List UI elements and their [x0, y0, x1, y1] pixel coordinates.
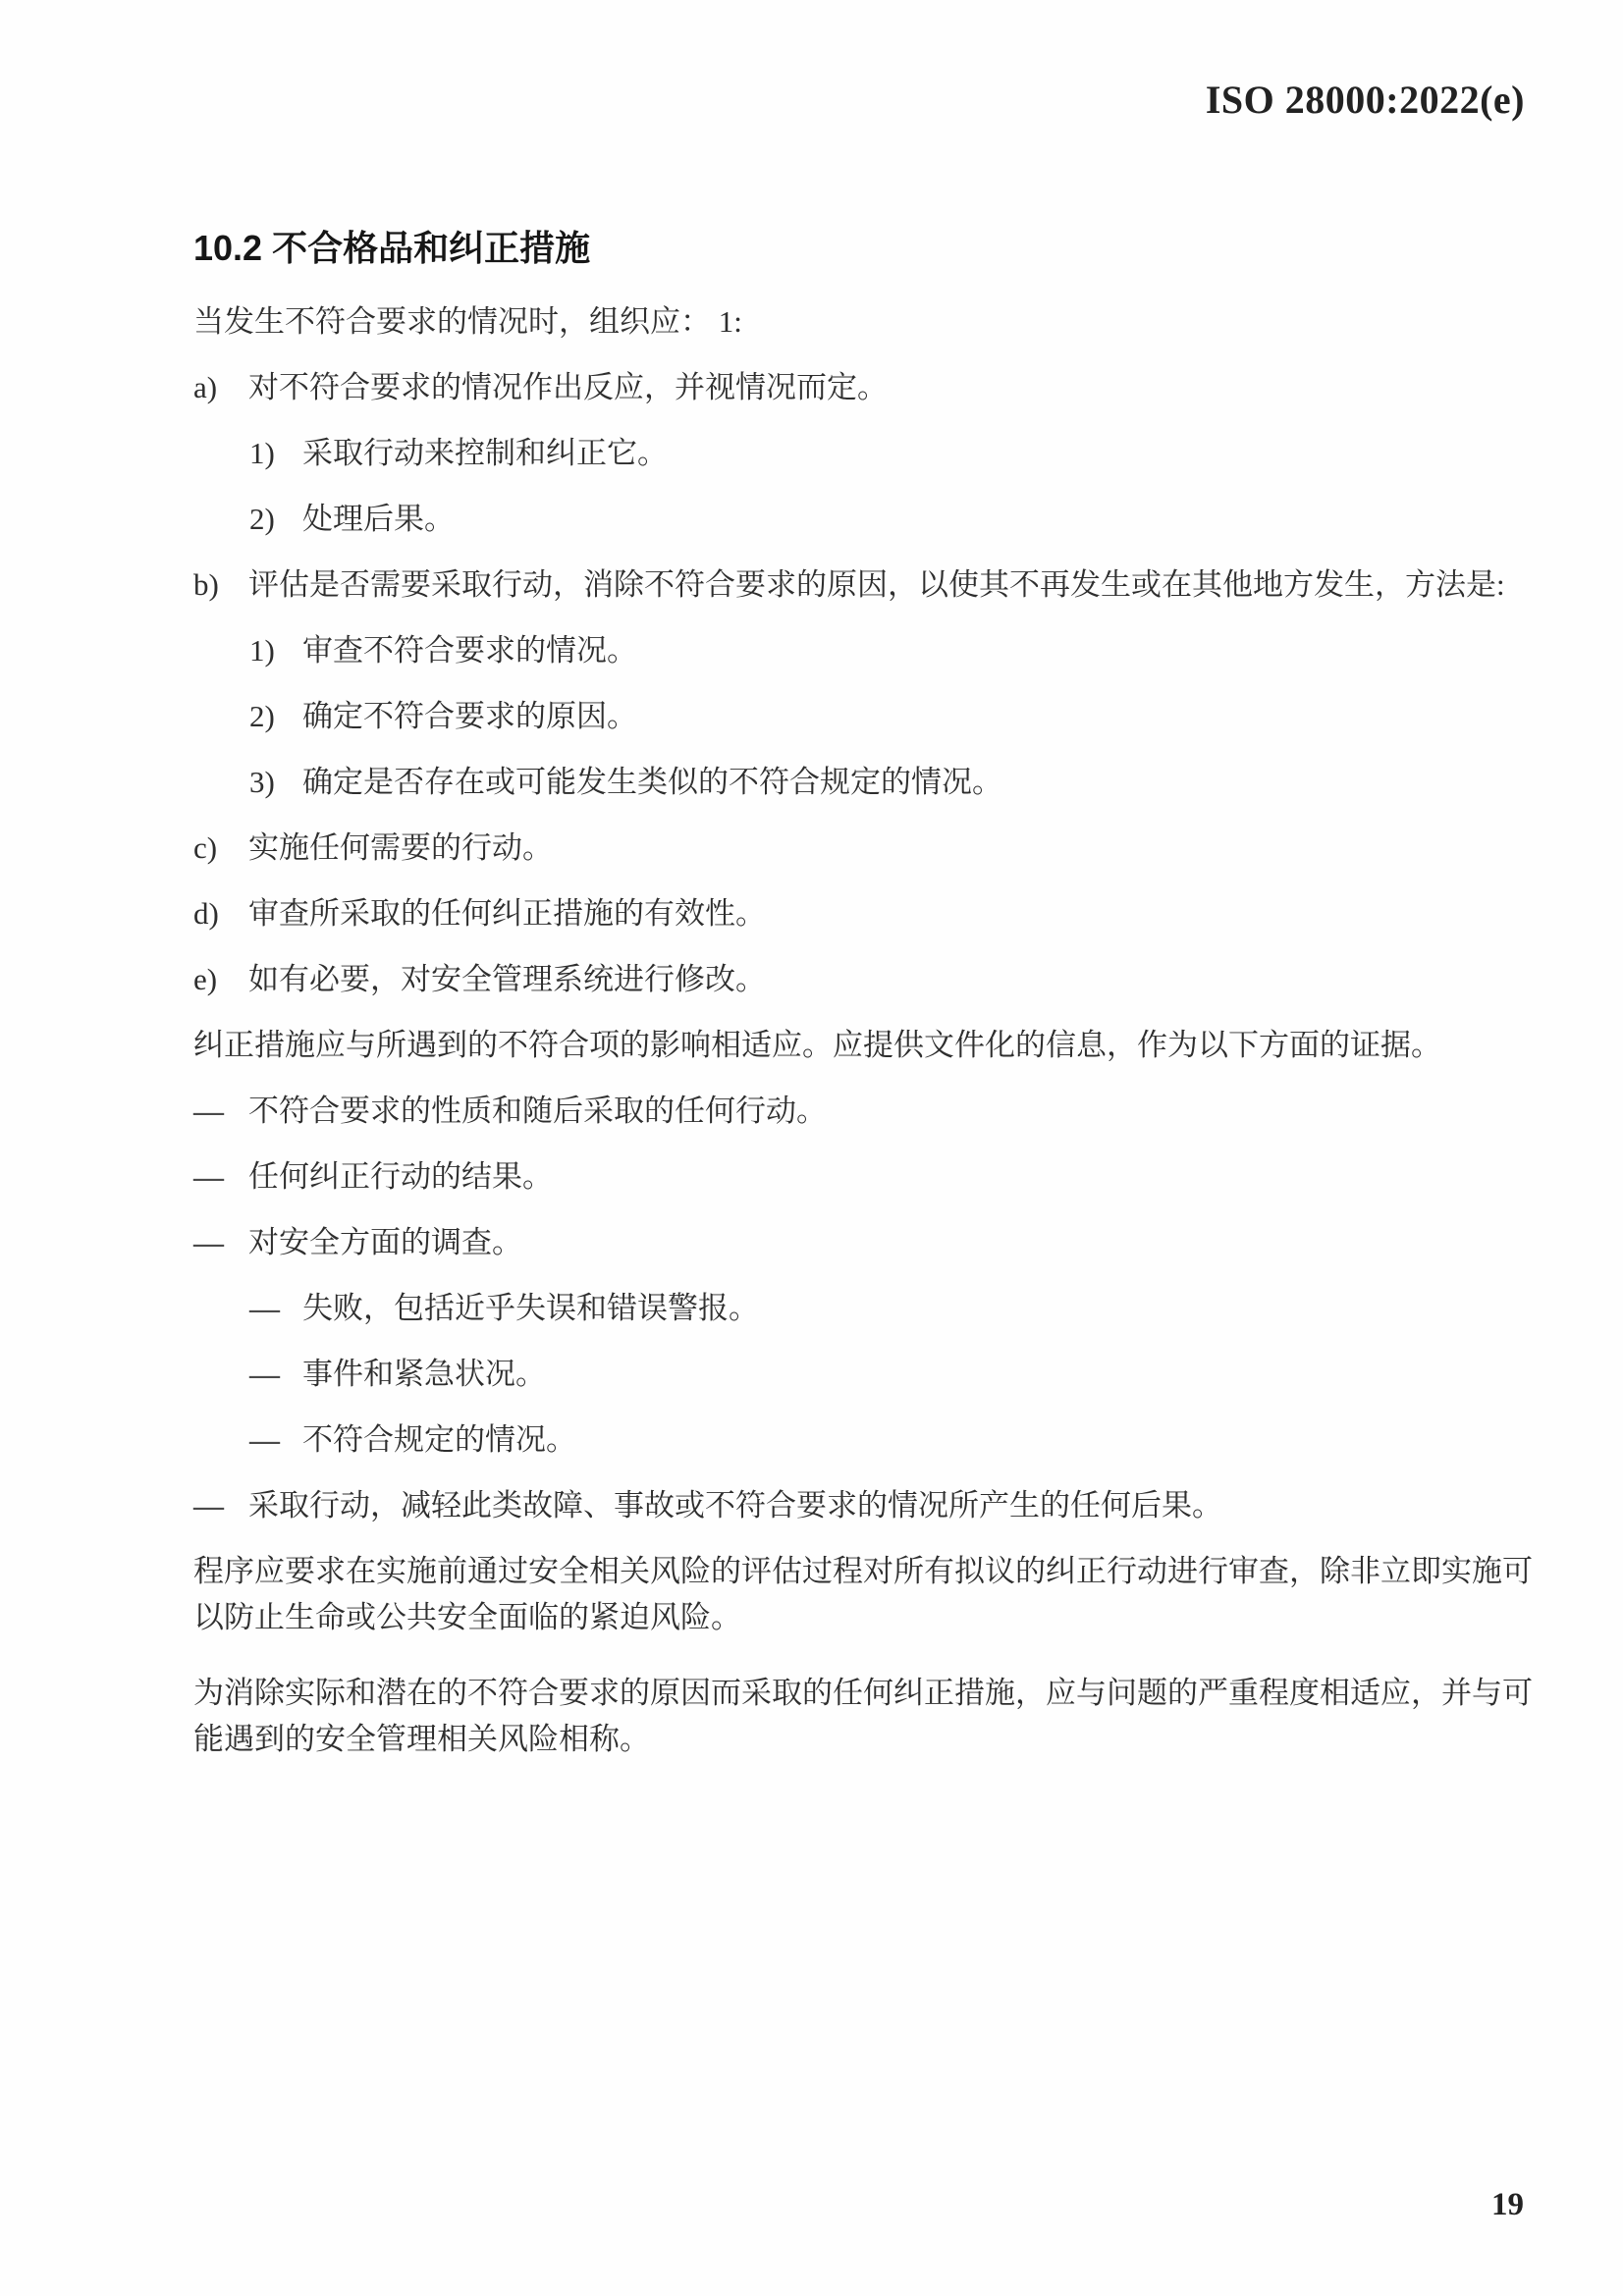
list-item-label: 1) — [249, 430, 302, 476]
list-item-text: 实施任何需要的行动。 — [248, 825, 1533, 871]
list-item-label: 2) — [249, 693, 302, 739]
dash-bullet: — — [249, 1416, 302, 1463]
dash-list-item: — 采取行动，减轻此类故障、事故或不符合要求的情况所产生的任何后果。 — [193, 1482, 1533, 1528]
dash-bullet: — — [193, 1153, 248, 1200]
dash-list-item: — 对安全方面的调查。 — [193, 1219, 1533, 1265]
dash-list-item: — 不符合规定的情况。 — [249, 1416, 1533, 1463]
list-item-text: 对安全方面的调查。 — [248, 1219, 1533, 1265]
list-item: 3) 确定是否存在或可能发生类似的不符合规定的情况。 — [249, 759, 1533, 805]
page-number: 19 — [1491, 2187, 1524, 2223]
list-item-text: 不符合规定的情况。 — [302, 1416, 1533, 1463]
list-item-label: 2) — [249, 496, 302, 542]
dash-list-item: — 失败，包括近乎失误和错误警报。 — [249, 1285, 1533, 1331]
closing-paragraph: 为消除实际和潜在的不符合要求的原因而采取的任何纠正措施，应与问题的严重程度相适应… — [193, 1670, 1533, 1762]
dash-bullet: — — [249, 1351, 302, 1397]
intro-paragraph: 当发生不符合要求的情况时，组织应： 1: — [193, 298, 1533, 345]
list-item-label: 1) — [249, 627, 302, 673]
document-page: ISO 28000:2022(e) 10.2 不合格品和纠正措施 当发生不符合要… — [0, 0, 1623, 2296]
list-item-text: 评估是否需要采取行动，消除不符合要求的原因，以使其不再发生或在其他地方发生，方法… — [248, 561, 1533, 608]
dash-bullet: — — [193, 1219, 248, 1265]
list-item: 2) 处理后果。 — [249, 496, 1533, 542]
list-item-text: 如有必要，对安全管理系统进行修改。 — [248, 956, 1533, 1002]
document-header: ISO 28000:2022(e) — [1206, 77, 1525, 123]
dash-bullet: — — [193, 1482, 248, 1528]
list-item-label: b) — [193, 561, 248, 608]
list-item: 1) 审查不符合要求的情况。 — [249, 627, 1533, 673]
list-item-label: e) — [193, 956, 248, 1002]
list-item: 1) 采取行动来控制和纠正它。 — [249, 430, 1533, 476]
document-content: 10.2 不合格品和纠正措施 当发生不符合要求的情况时，组织应： 1: a) 对… — [193, 226, 1533, 1791]
dash-list-item: — 事件和紧急状况。 — [249, 1351, 1533, 1397]
list-item-label: c) — [193, 825, 248, 871]
dash-bullet: — — [249, 1285, 302, 1331]
list-item-text: 不符合要求的性质和随后采取的任何行动。 — [248, 1088, 1533, 1134]
list-item: c) 实施任何需要的行动。 — [193, 825, 1533, 871]
dash-list-item: — 不符合要求的性质和随后采取的任何行动。 — [193, 1088, 1533, 1134]
list-item-label: a) — [193, 364, 248, 410]
dash-list-item: — 任何纠正行动的结果。 — [193, 1153, 1533, 1200]
evidence-intro-paragraph: 纠正措施应与所遇到的不符合项的影响相适应。应提供文件化的信息，作为以下方面的证据… — [193, 1022, 1533, 1068]
list-item-text: 审查所采取的任何纠正措施的有效性。 — [248, 890, 1533, 936]
list-item-label: d) — [193, 890, 248, 936]
list-item-text: 确定是否存在或可能发生类似的不符合规定的情况。 — [302, 759, 1533, 805]
closing-paragraph: 程序应要求在实施前通过安全相关风险的评估过程对所有拟议的纠正行动进行审查，除非立… — [193, 1548, 1533, 1640]
list-item: b) 评估是否需要采取行动，消除不符合要求的原因，以使其不再发生或在其他地方发生… — [193, 561, 1533, 608]
list-item-text: 事件和紧急状况。 — [302, 1351, 1533, 1397]
list-item-text: 失败，包括近乎失误和错误警报。 — [302, 1285, 1533, 1331]
list-item-text: 采取行动，减轻此类故障、事故或不符合要求的情况所产生的任何后果。 — [248, 1482, 1533, 1528]
list-item-text: 处理后果。 — [302, 496, 1533, 542]
list-item-text: 采取行动来控制和纠正它。 — [302, 430, 1533, 476]
list-item-text: 审查不符合要求的情况。 — [302, 627, 1533, 673]
list-item-label: 3) — [249, 759, 302, 805]
list-item-text: 任何纠正行动的结果。 — [248, 1153, 1533, 1200]
list-item: d) 审查所采取的任何纠正措施的有效性。 — [193, 890, 1533, 936]
list-item-text: 对不符合要求的情况作出反应，并视情况而定。 — [248, 364, 1533, 410]
section-heading: 10.2 不合格品和纠正措施 — [193, 226, 1533, 271]
list-item: 2) 确定不符合要求的原因。 — [249, 693, 1533, 739]
dash-bullet: — — [193, 1088, 248, 1134]
list-item: a) 对不符合要求的情况作出反应，并视情况而定。 — [193, 364, 1533, 410]
list-item-text: 确定不符合要求的原因。 — [302, 693, 1533, 739]
list-item: e) 如有必要，对安全管理系统进行修改。 — [193, 956, 1533, 1002]
